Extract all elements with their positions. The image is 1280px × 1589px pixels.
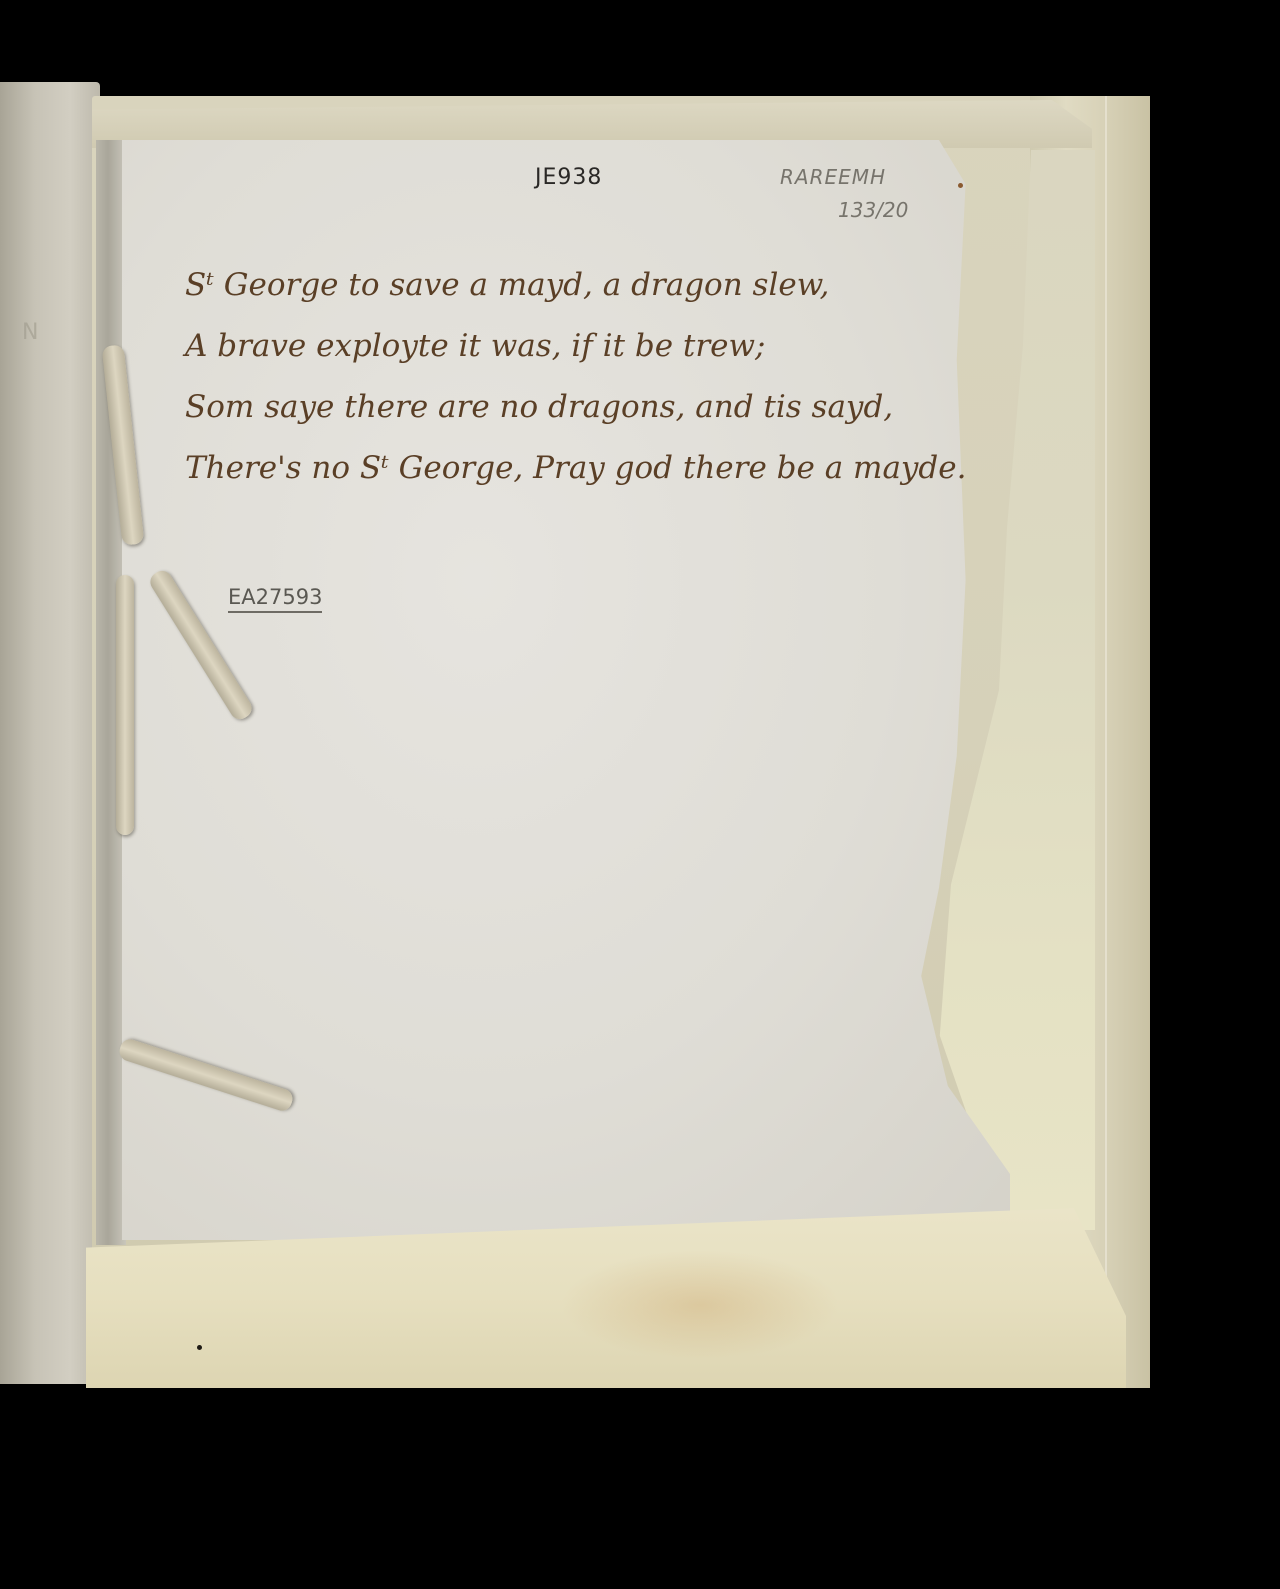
poem-line: Som saye there are no dragons, and tis s… <box>185 377 1005 438</box>
ink-speck <box>197 1345 202 1350</box>
left-cover-board <box>0 82 100 1384</box>
pencil-note-collection: RAREEMH <box>780 165 886 189</box>
shelfmark-label: JE938 <box>535 165 602 190</box>
left-cover-offset-mark: N <box>22 320 38 345</box>
ink-speck <box>958 183 963 188</box>
handwritten-poem: Sᵗ George to save a mayd, a dragon slew,… <box>185 255 1005 499</box>
pencil-note-number: 133/20 <box>838 198 908 222</box>
binding-tie-middle-loop <box>116 575 134 835</box>
foxing-stain <box>560 1250 840 1360</box>
poem-line: A brave exployte it was, if it be trew; <box>185 316 1005 377</box>
vellum-crease-line <box>1105 96 1107 1386</box>
poem-line: There's no Sᵗ George, Pray god there be … <box>185 438 1005 499</box>
accession-number: EA27593 <box>228 585 322 613</box>
poem-line: Sᵗ George to save a mayd, a dragon slew, <box>185 255 1005 316</box>
